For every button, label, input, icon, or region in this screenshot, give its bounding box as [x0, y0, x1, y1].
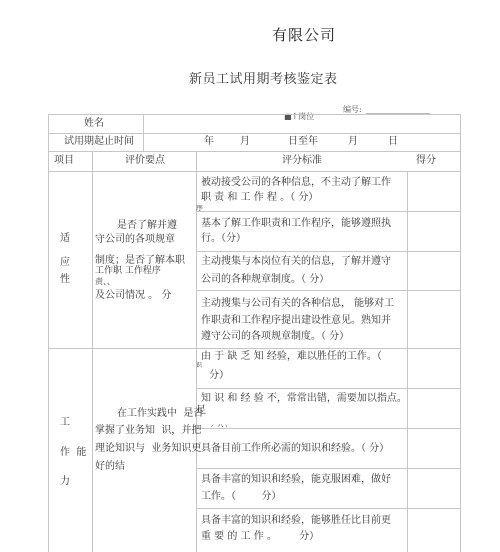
col-header-score: 得分 — [416, 154, 436, 168]
points-line: 理论知识与 业务知识更 — [95, 442, 201, 456]
col-header-criteria: 评分标准 — [282, 154, 322, 168]
period-year-start: 年 — [204, 135, 214, 149]
criteria-text: 知 识 和 经 验 不，常常出错，需要加以指点。 — [201, 391, 407, 407]
col-header-points: 评价要点 — [125, 154, 165, 168]
criteria-text: 作职责和工作程序提出建设性意见。熟知并 — [201, 313, 391, 329]
points-line: 在工作实践中 是否 — [117, 407, 203, 421]
period-label: 试用期起止时间 — [64, 135, 134, 149]
points-line: 责、、 — [95, 277, 115, 286]
criteria-text: 主动搜集与公司有关的各种信息， 能够对工 — [201, 296, 394, 312]
name-field[interactable] — [144, 115, 460, 133]
score-field[interactable] — [408, 509, 460, 552]
table-border-left — [48, 114, 49, 552]
score-field[interactable] — [408, 349, 460, 388]
form-title: 新员工试用期考核鉴定表 — [189, 68, 338, 87]
score-field[interactable] — [408, 389, 460, 428]
item-char: 性 — [60, 273, 70, 287]
score-field[interactable] — [408, 212, 460, 251]
points-line: 工作职 工作程序 — [95, 266, 161, 277]
item-char: 力 — [60, 475, 70, 489]
criteria-text: 足 — [196, 404, 206, 418]
company-name: 有限公司 — [272, 24, 336, 45]
col-divider — [92, 151, 93, 552]
row-divider — [48, 171, 461, 172]
criteria-text: 具备丰富的知识和经验，能够胜任比目前更 — [201, 513, 391, 529]
criteria-text: 行。（分） — [201, 231, 246, 247]
criteria-text: 公司的各种规章制度。（ 分） — [201, 272, 329, 288]
period-month-end: 月 — [348, 135, 358, 149]
score-field[interactable] — [408, 429, 460, 468]
score-field[interactable] — [408, 172, 460, 211]
score-field[interactable] — [408, 291, 460, 348]
item-char: 工 — [60, 416, 70, 430]
item-char: 适 — [60, 232, 70, 246]
criteria-text: 主动搜集与本岗位有关的信息，了解并遵守 — [201, 254, 391, 270]
points-line: 是否了解并遵 — [117, 219, 177, 233]
criteria-text: 职 责 和 工 作 程 。（ 分） — [201, 190, 318, 206]
criteria-text: 序 — [196, 205, 203, 211]
period-day-start-year-end: 日至年 — [288, 135, 318, 149]
name-label: 姓名 — [84, 117, 104, 131]
criteria-text: 重 要 的 工 作 。 分） — [201, 529, 319, 545]
criteria-text: 由 于 缺 乏 知 经验，难以胜任的工作。（ — [201, 349, 382, 365]
criteria-text: 分） — [209, 368, 229, 384]
score-field[interactable] — [408, 469, 460, 508]
criteria-text: 遵守公司的各项规章制度。（ 分） — [201, 329, 349, 345]
criteria-text: 识 — [196, 363, 202, 369]
points-line: 好的结 — [95, 460, 125, 474]
row-divider — [48, 151, 461, 152]
item-char: 作 能 — [60, 446, 86, 460]
criteria-text: 具备目前工作所必需的知识和经验。（ 分） — [201, 441, 389, 457]
criteria-text: 具备丰富的知识和经验，能克服困难，做好 — [201, 472, 391, 488]
period-month-start: 月 — [240, 135, 250, 149]
item-char: 应 — [60, 256, 70, 270]
period-day-end: 日 — [388, 135, 398, 149]
points-line: 掌握了业务知 识，并把 — [95, 424, 201, 438]
period-field[interactable]: 年 月 日至年 月 日 — [144, 134, 460, 151]
points-line: 守公司的各项规章 — [95, 233, 175, 247]
table-border-right — [460, 114, 461, 552]
criteria-text: （ 分） — [206, 422, 233, 427]
col-header-item: 项目 — [54, 154, 74, 168]
col-divider — [196, 151, 197, 552]
criteria-text: 工作。（ 分） — [201, 489, 281, 505]
criteria-text: 被动接受公司的各种信息，不主动了解工作 — [201, 175, 391, 191]
points-line: 及公司情况 。 分 — [95, 289, 171, 303]
score-field[interactable] — [408, 252, 460, 290]
criteria-text: 基本了解工作职责和工作程序，能够遵照执 — [201, 216, 391, 232]
